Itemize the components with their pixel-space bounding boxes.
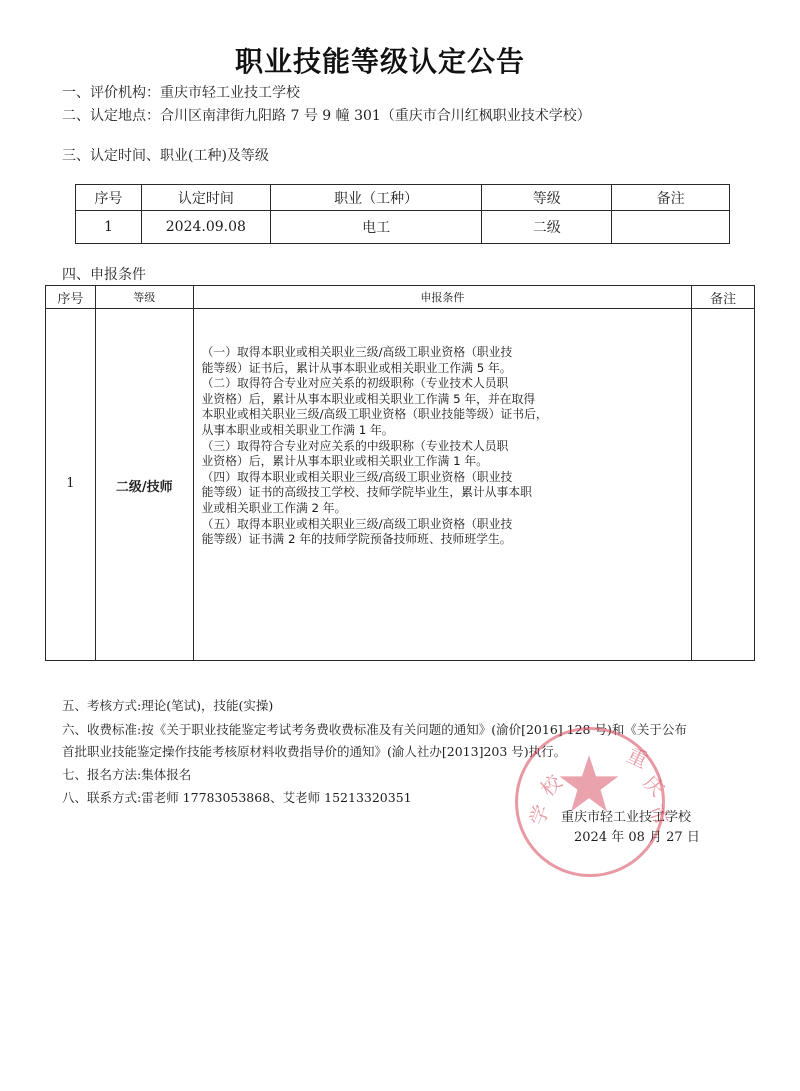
col-remark: 备注 [692, 286, 755, 309]
schedule-table-header: 序号 认定时间 职业（工种） 等级 备注 [76, 185, 730, 211]
condition-line: 业或相关职业工作满 2 年。 [202, 501, 692, 517]
issue-date: 2024 年 08 月 27 日 [574, 826, 700, 845]
document-title: 职业技能等级认定公告 [0, 40, 760, 80]
schedule-table: 序号 认定时间 职业（工种） 等级 备注 1 2024.09.08 电工 二级 [75, 184, 730, 244]
cell-grade: 二级/技师 [95, 309, 193, 661]
condition-line: 能等级）证书的高级技工学校、技师学院毕业生，累计从事本职 [202, 485, 692, 501]
conditions-table-header: 序号 等级 申报条件 备注 [46, 286, 755, 309]
contact-info: 八、联系方式:雷老师 17783053868、艾老师 15213320351 [62, 788, 412, 806]
col-date: 认定时间 [141, 185, 270, 211]
conditions-heading: 四、申报条件 [62, 264, 146, 284]
condition-line: （四）取得本职业或相关职业三级/高级工职业资格（职业技 [202, 470, 692, 486]
conditions-table: 序号 等级 申报条件 备注 1 二级/技师 （一）取得本职业或相关职业三级/高级… [45, 285, 755, 661]
col-occupation: 职业（工种） [270, 185, 482, 211]
evaluation-org: 一、评价机构：重庆市轻工业技工学校 [62, 82, 300, 102]
cell-seq: 1 [76, 211, 142, 244]
condition-line: 能等级）证书后，累计从事本职业或相关职业工作满 5 年。 [202, 361, 692, 377]
cell-grade: 二级 [482, 211, 612, 244]
condition-line: 从事本职业或相关职业工作满 1 年。 [202, 423, 692, 439]
condition-line: （三）取得符合专业对应关系的中级职称（专业技术人员职 [202, 439, 692, 455]
issuer-name: 重庆市轻工业技工学校 [561, 806, 691, 825]
condition-line: 业资格）后，累计从事本职业或相关职业工作满 1 年。 [202, 454, 692, 470]
assessment-location: 二、认定地点：合川区南津街九阳路 7 号 9 幢 301（重庆市合川红枫职业技术… [62, 105, 591, 125]
fee-standard-line2: 首批职业技能鉴定操作技能考核原材料收费指导价的通知》(渝人社办[2013]203… [62, 742, 566, 760]
col-remark: 备注 [612, 185, 730, 211]
cell-remark [612, 211, 730, 244]
schedule-heading: 三、认定时间、职业(工种)及等级 [62, 145, 269, 165]
cell-remark [692, 309, 755, 661]
assessment-method: 五、考核方式:理论(笔试)，技能(实操) [62, 696, 273, 714]
cell-date: 2024.09.08 [141, 211, 270, 244]
cell-conditions: （一）取得本职业或相关职业三级/高级工职业资格（职业技 能等级）证书后，累计从事… [193, 309, 692, 661]
col-seq: 序号 [76, 185, 142, 211]
condition-line: 业资格）后，累计从事本职业或相关职业工作满 5 年，并在取得 [202, 392, 692, 408]
col-conditions: 申报条件 [193, 286, 692, 309]
cell-seq: 1 [46, 309, 96, 661]
condition-line: （一）取得本职业或相关职业三级/高级工职业资格（职业技 [202, 345, 692, 361]
col-grade: 等级 [95, 286, 193, 309]
condition-line: （二）取得符合专业对应关系的初级职称（专业技术人员职 [202, 376, 692, 392]
cell-occupation: 电工 [270, 211, 482, 244]
col-seq: 序号 [46, 286, 96, 309]
registration-method: 七、报名方法:集体报名 [62, 765, 191, 783]
col-grade: 等级 [482, 185, 612, 211]
condition-line: 能等级）证书满 2 年的技师学院预备技师班、技师班学生。 [202, 532, 692, 548]
condition-line: 本职业或相关职业三级/高级工职业资格（职业技能等级）证书后， [202, 407, 692, 423]
condition-line: （五）取得本职业或相关职业三级/高级工职业资格（职业技 [202, 517, 692, 533]
table-row: 1 二级/技师 （一）取得本职业或相关职业三级/高级工职业资格（职业技 能等级）… [46, 309, 755, 661]
table-row: 1 2024.09.08 电工 二级 [76, 211, 730, 244]
